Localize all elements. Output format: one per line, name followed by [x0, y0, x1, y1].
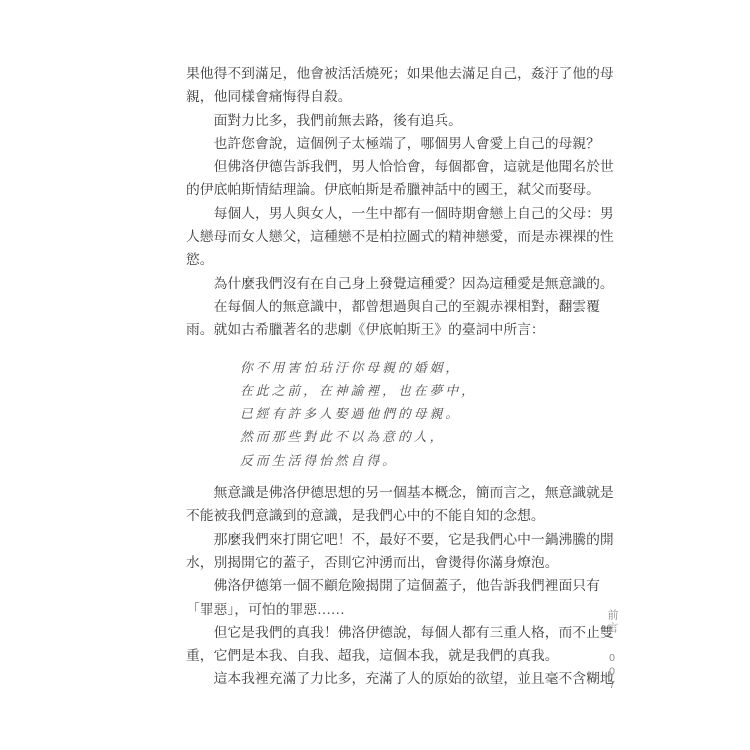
text-line: 你不用害怕玷汙你母親的婚姻，: [240, 357, 622, 380]
text-line: 「罪惡」，可怕的罪惡……: [186, 598, 622, 621]
text-line: 每個人，男人與女人，一生中都有一個時期會戀上自己的父母：男: [186, 202, 622, 225]
text-line: 那麼我們來打開它吧！不，最好不要，它是我們心中一鍋沸騰的開: [186, 528, 622, 551]
text-line: 人戀母而女人戀父，這種戀不是柏拉圖式的精神戀愛，而是赤裸裸的性: [186, 225, 622, 248]
text-line: 的伊底帕斯情結理論。伊底帕斯是希臘神話中的國王，弒父而娶母。: [186, 178, 622, 201]
book-page: 果他得不到滿足，他會被活活燒死；如果他去滿足自己，姦汙了他的母親，他同樣會痛悔得…: [0, 0, 750, 750]
poem-block: 你不用害怕玷汙你母親的婚姻，在此之前，在神諭裡，也在夢中，已經有許多人娶過他們的…: [240, 357, 622, 473]
section-label-vertical: 前言: [606, 609, 618, 635]
text-line: 然而那些對此不以為意的人，: [240, 426, 622, 449]
text-line: 反而生活得怡然自得。: [240, 450, 622, 473]
text-line: 也許您會說，這個例子太極端了，哪個男人會愛上自己的母親？: [186, 132, 622, 155]
text-line: 面對力比多，我們前無去路，後有追兵。: [186, 109, 622, 132]
text-line: 慾。: [186, 248, 622, 271]
text-line: 佛洛伊德第一個不顧危險揭開了這個蓋子，他告訴我們裡面只有: [186, 574, 622, 597]
text-line: 無意識是佛洛伊德思想的另一個基本概念，簡而言之，無意識就是: [186, 481, 622, 504]
bottom-paragraph-block: 無意識是佛洛伊德思想的另一個基本概念，簡而言之，無意識就是不能被我們意識到的意識…: [186, 481, 622, 691]
text-line: 為什麼我們沒有在自己身上發覺這種愛？因為這種愛是無意識的。: [186, 272, 622, 295]
text-line: 已經有許多人娶過他們的母親。: [240, 403, 622, 426]
text-line: 在此之前，在神諭裡，也在夢中，: [240, 380, 622, 403]
body-text-column: 果他得不到滿足，他會被活活燒死；如果他去滿足自己，姦汙了他的母親，他同樣會痛悔得…: [186, 62, 622, 691]
text-line: 重，它們是本我、自我、超我，這個本我，就是我們的真我。: [186, 644, 622, 667]
text-line: 在每個人的無意識中，都曾想過與自己的至親赤裸相對，翻雲覆: [186, 295, 622, 318]
text-line: 親，他同樣會痛悔得自殺。: [186, 85, 622, 108]
text-line: 不能被我們意識到的意識，是我們心中的不能自知的念想。: [186, 504, 622, 527]
text-line: 雨。就如古希臘著名的悲劇《伊底帕斯王》的臺詞中所言：: [186, 318, 622, 341]
text-line: 這本我裡充滿了力比多，充滿了人的原始的欲望，並且毫不含糊地: [186, 667, 622, 690]
text-line: 水，別揭開它的蓋子，否則它沖湧而出，會燙得你滿身燎泡。: [186, 551, 622, 574]
text-line: 但佛洛伊德告訴我們，男人恰恰會，每個都會，這就是他聞名於世: [186, 155, 622, 178]
text-line: 果他得不到滿足，他會被活活燒死；如果他去滿足自己，姦汙了他的母: [186, 62, 622, 85]
text-line: 但它是我們的真我！佛洛伊德說，每個人都有三重人格，而不止雙: [186, 621, 622, 644]
page-number-vertical: 007: [606, 652, 618, 693]
top-paragraph-block: 果他得不到滿足，他會被活活燒死；如果他去滿足自己，姦汙了他的母親，他同樣會痛悔得…: [186, 62, 622, 342]
